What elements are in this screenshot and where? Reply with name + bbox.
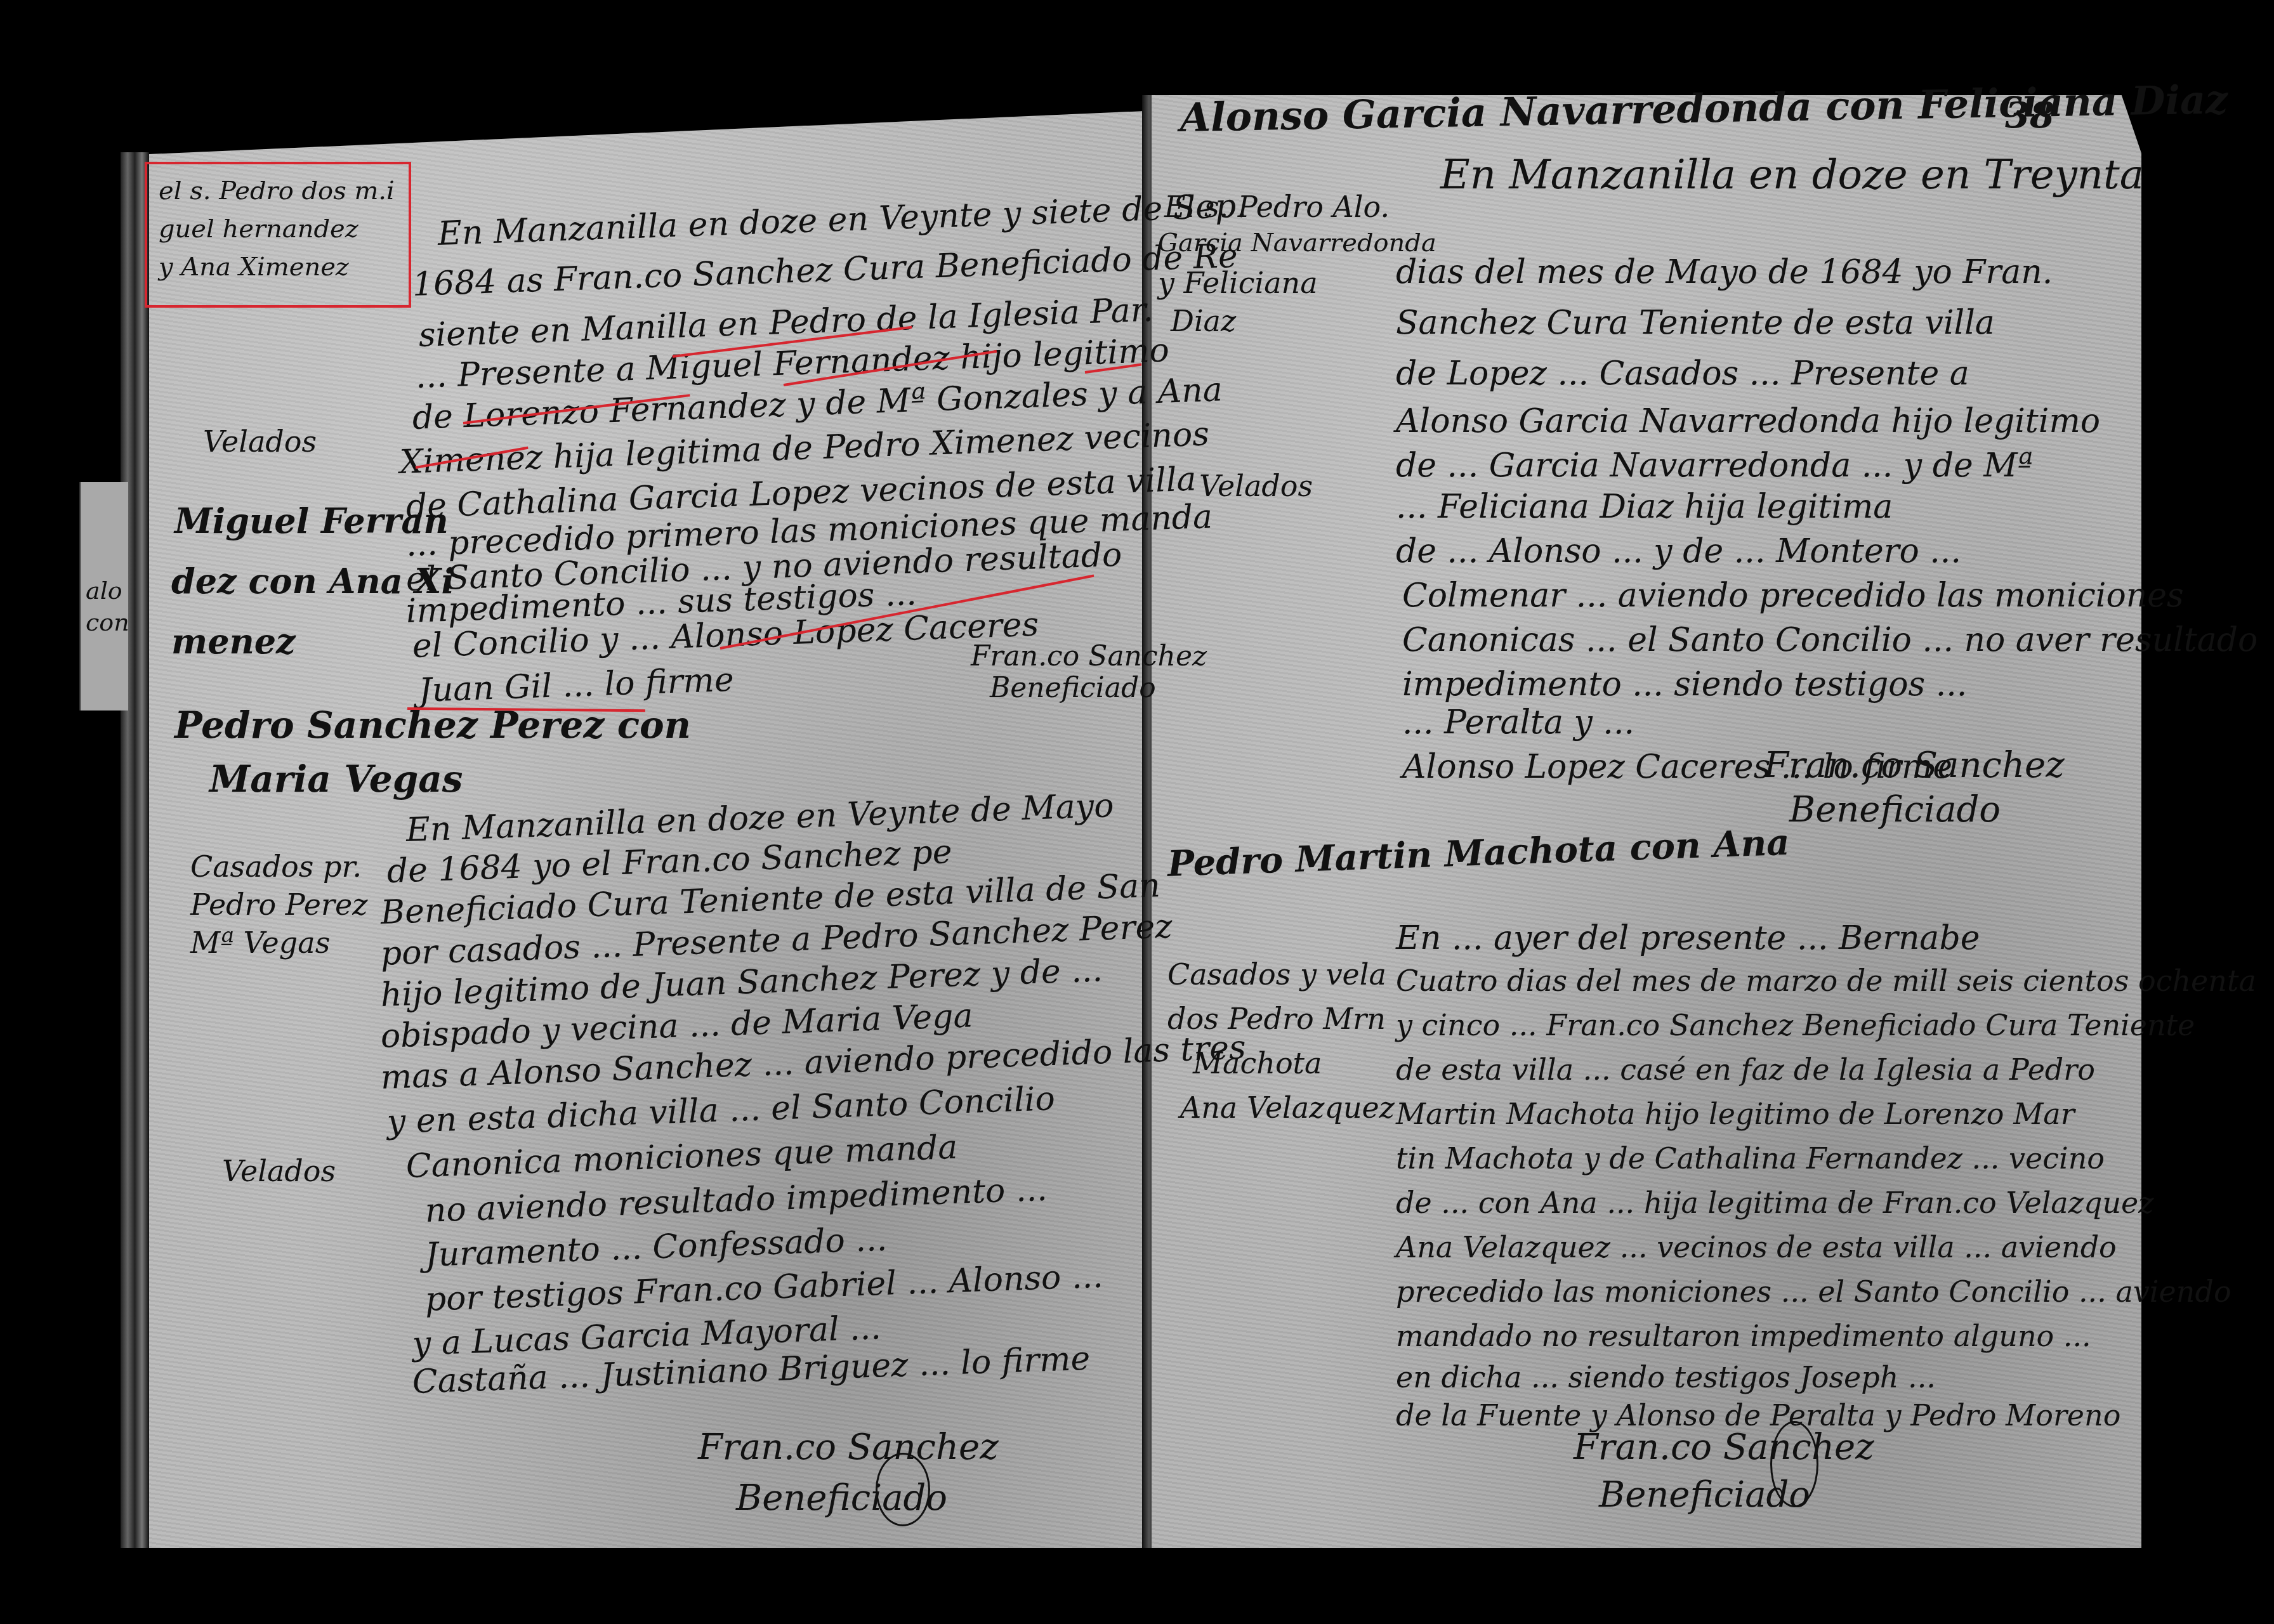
margin-note: El s. Pedro Alo. [1164,190,1390,224]
signature: Fran.co Sanchez [971,641,1207,673]
margin-note: el s. Pedro dos m.i [159,176,395,206]
signature: Beneficiado [990,672,1156,705]
margin-note: Casados pr. [190,850,362,884]
margin-label-velados: Velados [1199,469,1313,503]
text-line: Ana Velazquez ... vecinos de esta villa … [1396,1231,2117,1264]
signature: Fran.co Sanchez [1764,745,2065,786]
text-line: de ... con Ana ... hija legitima de Fran… [1396,1186,2154,1220]
text-line: y cinco ... Fran.co Sanchez Beneficiado … [1396,1009,2195,1042]
page-number: 38 [2005,95,2054,136]
entry-heading: Maria Vegas [209,758,463,801]
text-line: Cuatro dias del mes de marzo de mill sei… [1396,964,2256,998]
margin-note: y Feliciana [1158,266,1318,300]
text-line: de Lopez ... Casados ... Presente a [1396,355,1969,393]
text-line: de ... Garcia Navarredonda ... y de Mª [1396,447,2033,485]
margin-names: menez [171,622,296,661]
margin-note: y Ana Ximenez [159,252,349,282]
margin-note: Casados y vela [1167,958,1386,992]
text-line: mandado no resultaron impedimento alguno… [1396,1319,2091,1353]
text-line: de esta villa ... casé en faz de la Igle… [1396,1053,2095,1087]
inserted-slip: alo con [79,482,128,710]
text-line: Sanchez Cura Teniente de esta villa [1396,304,1995,343]
margin-note: Pedro Perez [190,888,367,922]
slip-text: con [86,609,129,637]
text-line: Martin Machota hijo legitimo de Lorenzo … [1396,1097,2075,1131]
margin-label-velados: Velados [203,425,317,459]
margin-label-velados: Velados [222,1155,336,1188]
rubric-flourish [876,1453,930,1526]
slip-text: alo [86,577,122,605]
text-line: Alonso Garcia Navarredonda hijo legitimo [1396,403,2100,441]
margin-note: Machota [1193,1047,1322,1080]
text-line: ... Feliciana Diaz hija legitima [1396,488,1893,527]
text-line: precedido las moniciones ... el Santo Co… [1396,1275,2231,1309]
text-line: de ... Alonso ... y de ... Montero ... [1396,533,1961,571]
text-line: ... Peralta y ... [1402,704,1634,742]
signature: Fran.co Sanchez [698,1427,999,1468]
margin-note: Garcia Navarredonda [1158,228,1436,258]
margin-note: dos Pedro Mrn [1167,1002,1386,1036]
rubric-flourish [1770,1421,1818,1507]
text-line: tin Machota y de Cathalina Fernandez ...… [1396,1142,2105,1175]
text-line: En ... ayer del presente ... Bernabe [1396,920,1980,958]
signature: Fran.co Sanchez [1574,1427,1874,1468]
book-spine [121,152,149,1548]
text-line: En Manzanilla en doze en Treynta [1440,152,2144,199]
margin-note: guel hernandez [159,214,358,244]
text-line: Colmenar ... aviendo precedido las monic… [1402,577,2184,615]
text-line: dias del mes de Mayo de 1684 yo Fran. [1396,254,2053,292]
margin-note: Mª Vegas [190,926,330,960]
text-line: en dicha ... siendo testigos Joseph ... [1396,1361,1936,1394]
signature: Beneficiado [1789,790,2001,830]
entry-heading: Pedro Sanchez Perez con [174,704,691,747]
margin-note: Diaz [1171,304,1236,338]
text-line: Canonicas ... el Santo Concilio ... no a… [1402,622,2258,660]
margin-note: Ana Velazquez [1180,1091,1395,1125]
text-line: impedimento ... siendo testigos ... [1402,666,1967,704]
